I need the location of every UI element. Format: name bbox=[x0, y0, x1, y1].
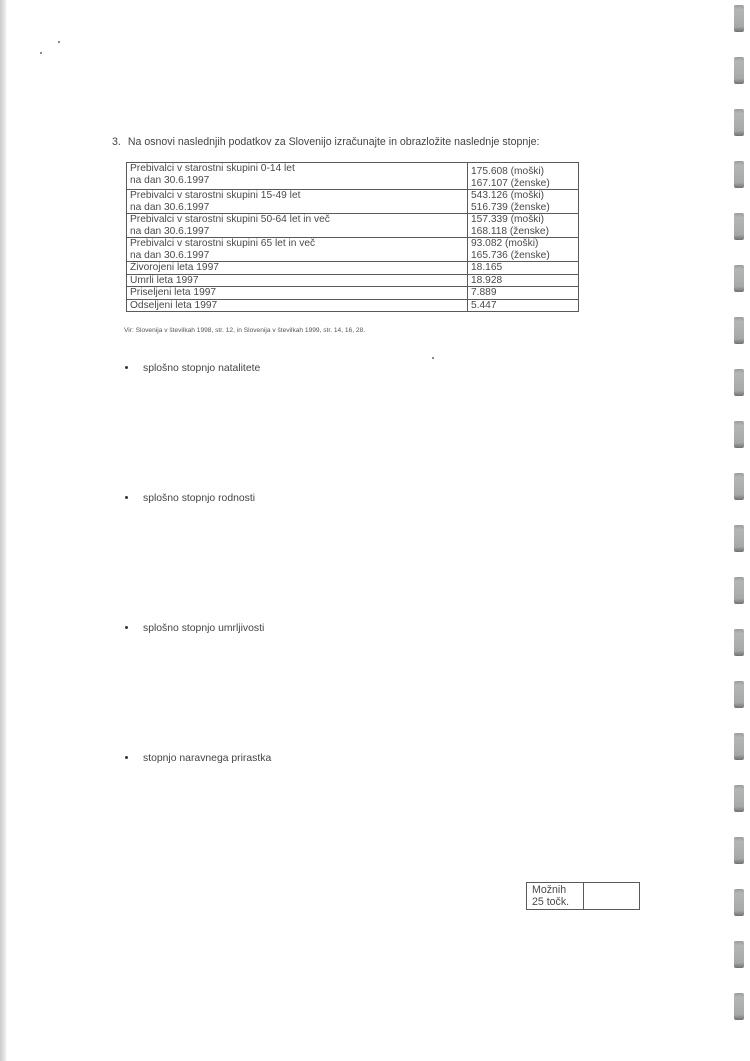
binding-hole bbox=[734, 577, 744, 604]
source-citation: Vir: Slovenija v številkah 1998, str. 12… bbox=[124, 327, 365, 334]
binding-hole bbox=[734, 317, 744, 344]
row-label: Prebivalci v starostni skupini 0-14 letn… bbox=[127, 163, 468, 190]
row-value: 18.928 bbox=[468, 274, 579, 287]
table-row: Prebivalci v starostni skupini 15-49 let… bbox=[127, 190, 579, 214]
binding-hole bbox=[734, 161, 744, 188]
binding-hole bbox=[734, 5, 744, 32]
scan-speck bbox=[58, 41, 60, 43]
binding-hole bbox=[734, 941, 744, 968]
task-item-natural-increase: stopnjo naravnega prirastka bbox=[125, 753, 271, 764]
row-value: 543.126 (moški)516.739 (ženske) bbox=[468, 190, 579, 214]
table-row: Prebivalci v starostni skupini 65 let in… bbox=[127, 238, 579, 262]
table-row: Živorojeni leta 1997 18.165 bbox=[127, 262, 579, 275]
question-number: 3. bbox=[112, 136, 121, 148]
row-label: Prebivalci v starostni skupini 50-64 let… bbox=[127, 214, 468, 238]
row-value: 157.339 (moški)168.118 (ženske) bbox=[468, 214, 579, 238]
task-item-fertility: splošno stopnjo rodnosti bbox=[125, 493, 255, 504]
table-row: Umrli leta 1997 18.928 bbox=[127, 274, 579, 287]
population-data-table: Prebivalci v starostni skupini 0-14 letn… bbox=[126, 162, 579, 312]
row-value: 175.608 (moški)167.107 (ženske) bbox=[468, 163, 579, 190]
question-text: Na osnovi naslednjih podatkov za Sloveni… bbox=[128, 136, 540, 148]
binding-hole bbox=[734, 57, 744, 84]
binding-hole bbox=[734, 889, 744, 916]
row-label: Živorojeni leta 1997 bbox=[127, 262, 468, 275]
bullet-icon bbox=[125, 496, 128, 499]
binding-hole bbox=[734, 525, 744, 552]
row-value: 7.889 bbox=[468, 287, 579, 300]
table-row: Priseljeni leta 1997 7.889 bbox=[127, 287, 579, 300]
binding-hole bbox=[734, 629, 744, 656]
row-value: 18.165 bbox=[468, 262, 579, 275]
binding-hole bbox=[734, 681, 744, 708]
scan-left-edge bbox=[0, 0, 7, 1061]
row-label: Prebivalci v starostni skupini 15-49 let… bbox=[127, 190, 468, 214]
binding-hole bbox=[734, 733, 744, 760]
row-value: 93.082 (moški)165.736 (ženske) bbox=[468, 238, 579, 262]
binding-hole bbox=[734, 837, 744, 864]
row-label: Prebivalci v starostni skupini 65 let in… bbox=[127, 238, 468, 262]
scan-speck bbox=[432, 357, 434, 359]
score-label: Možnih25 točk. bbox=[527, 883, 584, 910]
scan-speck bbox=[40, 52, 42, 54]
task-item-natality: splošno stopnjo natalitete bbox=[125, 363, 260, 374]
bullet-icon bbox=[125, 366, 128, 369]
row-label: Umrli leta 1997 bbox=[127, 274, 468, 287]
table-row: Prebivalci v starostni skupini 50-64 let… bbox=[127, 214, 579, 238]
binding-hole bbox=[734, 213, 744, 240]
row-label: Odseljeni leta 1997 bbox=[127, 299, 468, 312]
binding-hole bbox=[734, 421, 744, 448]
score-box: Možnih25 točk. bbox=[526, 882, 640, 910]
table-row: Odseljeni leta 1997 5.447 bbox=[127, 299, 579, 312]
row-value: 5.447 bbox=[468, 299, 579, 312]
task-item-mortality: splošno stopnjo umrljivosti bbox=[125, 623, 264, 634]
binding-hole bbox=[734, 785, 744, 812]
binding-hole bbox=[734, 109, 744, 136]
score-field[interactable] bbox=[584, 883, 640, 910]
binding-hole bbox=[734, 369, 744, 396]
binding-hole bbox=[734, 265, 744, 292]
bullet-icon bbox=[125, 756, 128, 759]
binding-hole bbox=[734, 473, 744, 500]
bullet-icon bbox=[125, 626, 128, 629]
row-label: Priseljeni leta 1997 bbox=[127, 287, 468, 300]
question-3: 3.Na osnovi naslednjih podatkov za Slove… bbox=[112, 136, 540, 148]
table-row: Prebivalci v starostni skupini 0-14 letn… bbox=[127, 163, 579, 190]
binding-hole bbox=[734, 993, 744, 1020]
